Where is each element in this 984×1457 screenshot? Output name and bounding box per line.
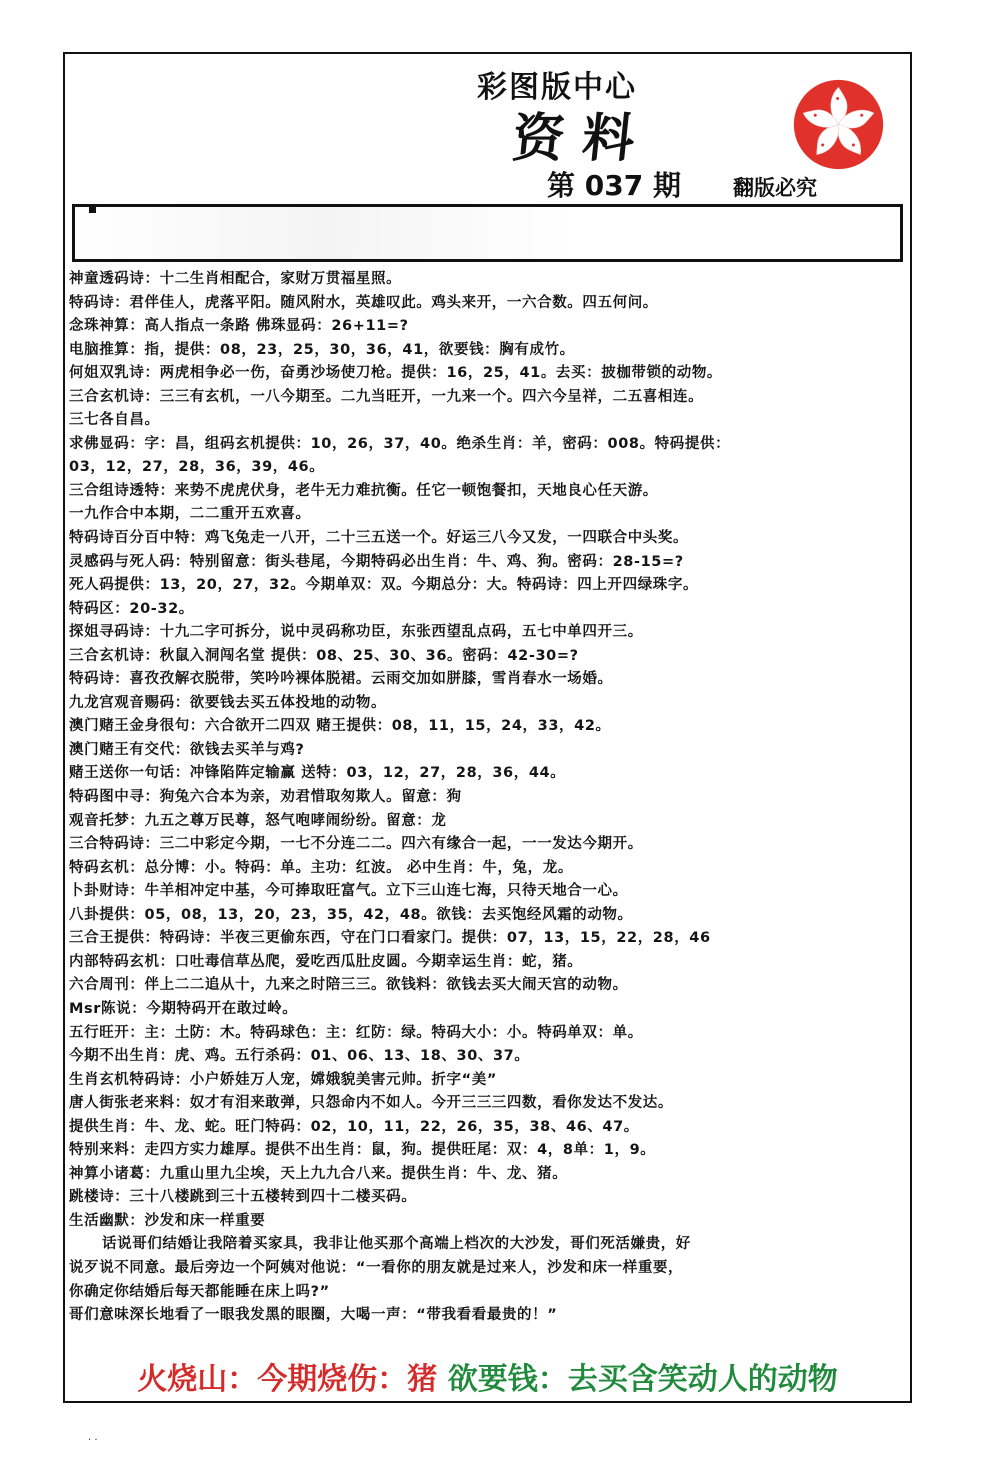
story-paragraph-line: 话说哥们结婚让我陪着买家具，我非让他买那个高端上档次的大沙发，哥们死活嫌贵，好 — [69, 1233, 909, 1257]
text-line: 唐人街张老来料：奴才有泪来敢弹，只怨命内不如人。今开三三三四数，看你发达不发达。 — [69, 1092, 909, 1116]
text-line: 一九作合中本期，二二重开五欢喜。 — [69, 503, 909, 527]
text-line: 今期不出生肖：虎、鸡。五行杀码：01、06、13、18、30、37。 — [69, 1045, 909, 1069]
text-line: 神童透码诗：十二生肖相配合，家财万贯福星照。 — [69, 268, 909, 292]
text-line: 特别来料：走四方实力雄厚。提供不出生肖：鼠，狗。提供旺尾：双：4，8单：1，9。 — [69, 1139, 909, 1163]
text-line: 特码图中寻：狗兔六合本为亲，劝君惜取匆欺人。留意：狗 — [69, 786, 909, 810]
text-line: 死人码提供：13，20，27，32。今期单双：双。今期总分：大。特码诗：四上开四… — [69, 574, 909, 598]
text-line: 提供生肖：牛、龙、蛇。旺门特码：02，10，11，22，26，35，38、46、… — [69, 1116, 909, 1140]
banner-red-text: 火烧山：今期烧伤：猪 — [137, 1362, 437, 1397]
text-line: 特码诗：君伴佳人，虎落平阳。随风附水，英雄叹此。鸡头来开，一六合数。四五何问。 — [69, 292, 909, 316]
bauhinia-flower-icon — [792, 78, 885, 171]
footer-dots: . . — [88, 1432, 98, 1443]
text-line: 三合组诗透特：来势不虎虎伏身，老牛无力难抗衡。任它一顿饱餐扣，天地良心任天游。 — [69, 480, 909, 504]
text-line: 内部特码玄机：口吐毒信草丛爬，爱吃西瓜肚皮圆。今期幸运生肖：蛇，猪。 — [69, 951, 909, 975]
text-line: 特码诗：喜孜孜解衣脱带，笑吟吟裸体脱裙。云雨交加如胼膝，雪肖春水一场婚。 — [69, 668, 909, 692]
text-line: 观音托梦：九五之尊万民尊，怒气咆哮闹纷纷。留意：龙 — [69, 810, 909, 834]
text-line: 何姐双乳诗：两虎相争必一伤，奋勇沙场使刀枪。提供：16，25，41。去买：披枷带… — [69, 362, 909, 386]
text-line: 赌王送你一句话：冲锋陷阵定输赢 送特：03，12，27，28，36，44。 — [69, 762, 909, 786]
story-paragraph-line: 哥们意味深长地看了一眼我发黑的眼圈，大喝一声：“带我看看最贵的！” — [69, 1304, 909, 1328]
text-line: 探姐寻码诗：十九二字可拆分，说中灵码称功臣，东张西望乱点码，五七中单四开三。 — [69, 621, 909, 645]
text-line: 特码区：20-32。 — [69, 598, 909, 622]
page-title: 资料 — [509, 96, 657, 171]
story-paragraph-line: 你确定你结婚后每天都能睡在床上吗?” — [69, 1281, 909, 1305]
text-line: 03，12，27，28，36，39，46。 — [69, 456, 909, 480]
text-line: Msr陈说：今期特码开在敢过岭。 — [69, 998, 909, 1022]
header: 彩图版中心 资料 第 037 期 翻版必究 — [65, 54, 910, 204]
text-line: 八卦提供：05，08，13，20，23，35，42，48。欲钱：去买饱经风霜的动… — [69, 904, 909, 928]
text-line: 特码诗百分百中特：鸡飞兔走一八开，二十三五送一个。好运三八今又发，一四联合中头奖… — [69, 527, 909, 551]
text-line: 求佛显码：字：昌，组码玄机提供：10，26，37，40。绝杀生肖：羊，密码：00… — [69, 433, 909, 457]
text-line: 六合周刊：伴上二二追从十，九来之时陪三三。欲钱料：欲钱去买大闹天宫的动物。 — [69, 974, 909, 998]
text-line: 卜卦财诗：牛羊相冲定中基，今可捧取旺富气。立下三山连七海，只待天地合一心。 — [69, 880, 909, 904]
box-marker — [89, 204, 96, 213]
text-line: 澳门赌王金身很句：六合欲开二四双 赌王提供：08，11，15，24，33，42。 — [69, 715, 909, 739]
text-line: 三合玄机诗：三三有玄机，一八今期至。二九当旺开，一九来一个。四六今呈祥，二五喜相… — [69, 386, 909, 410]
text-line: 跳楼诗：三十八楼跳到三十五楼转到四十二楼买码。 — [69, 1186, 909, 1210]
story-paragraph-line: 说歹说不同意。最后旁边一个阿姨对他说：“一看你的朋友就是过来人，沙发和床一样重要… — [69, 1257, 909, 1281]
blank-info-box — [72, 204, 903, 262]
text-line: 三合特码诗：三二中彩定今期，一七不分连二二。四六有缘合一起，一一发达今期开。 — [69, 833, 909, 857]
text-line: 澳门赌王有交代：欲钱去买羊与鸡? — [69, 739, 909, 763]
text-line: 灵感码与死人码：特别留意：街头巷尾，今期特码必出生肖：牛、鸡、狗。密码：28-1… — [69, 551, 909, 575]
text-line: 生肖玄机特码诗：小户娇娃万人宠，嫦娥貌美害元帅。折字“美” — [69, 1069, 909, 1093]
text-line: 电脑推算：指，提供：08，23，25，30，36，41，欲要钱：胸有成竹。 — [69, 339, 909, 363]
document-frame: 彩图版中心 资料 第 037 期 翻版必究 — [63, 52, 912, 1403]
issue-number: 第 037 期 — [547, 164, 681, 204]
humor-heading: 生活幽默：沙发和床一样重要 — [69, 1210, 909, 1234]
text-line: 三合玄机诗：秋鼠入洞闯名堂 提供：08、25、30、36。密码：42-30=? — [69, 645, 909, 669]
text-line: 三合王提供：特码诗：半夜三更偷东西，守在门口看家门。提供：07，13，15，22… — [69, 927, 909, 951]
bottom-banner: 火烧山：今期烧伤：猪 欲要钱：去买含笑动人的动物 — [65, 1354, 910, 1398]
text-line: 念珠神算：高人指点一条路 佛珠显码：26+11=? — [69, 315, 909, 339]
text-line: 神算小诸葛：九重山里九尘埃，天上九九合八来。提供生肖：牛、龙、猪。 — [69, 1163, 909, 1187]
text-line: 九龙宫观音赐码：欲要钱去买五体投地的动物。 — [69, 692, 909, 716]
copyright-notice: 翻版必究 — [733, 172, 817, 202]
text-line: 特码玄机：总分博：小。特码：单。主功：红波。 必中生肖：牛，兔，龙。 — [69, 857, 909, 881]
banner-green-text: 欲要钱：去买含笑动人的动物 — [448, 1362, 838, 1397]
tips-content: 神童透码诗：十二生肖相配合，家财万贯福星照。 特码诗：君伴佳人，虎落平阳。随风附… — [69, 268, 909, 1328]
text-line: 五行旺开：主：土防：木。特码球色：主：红防：绿。特码大小：小。特码单双：单。 — [69, 1022, 909, 1046]
text-line: 三七各自昌。 — [69, 409, 909, 433]
